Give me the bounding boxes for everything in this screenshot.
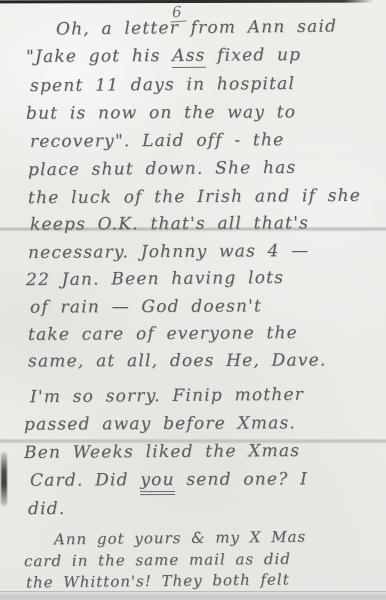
handwritten-line: Ben Weeks liked the Xmas <box>24 441 300 463</box>
handwritten-line: passed away before Xmas. <box>24 413 296 434</box>
handwritten-line: 22 Jan. Been having lots <box>26 268 284 290</box>
handwritten-line: take care of everyone the <box>28 323 298 345</box>
handwritten-line: I'm so sorry. Finip mother <box>30 385 304 407</box>
scan-edge-bottom <box>0 591 386 600</box>
double-underlined-word: you <box>140 470 175 495</box>
handwritten-line: spent 11 days in hospital <box>30 74 295 96</box>
handwritten-line: but is now on the way to <box>26 102 296 123</box>
handwritten-line: same, at all, does He, Dave. <box>28 350 327 371</box>
underlined-word: Ass <box>172 46 205 68</box>
scan-edge-top <box>0 0 374 3</box>
handwritten-line: card in the same mail as did <box>24 550 291 570</box>
letter-paper: 6 Oh, a letter from Ann said "Jake got h… <box>0 0 386 600</box>
handwritten-line: Ann got yours & my X Mas <box>54 528 306 549</box>
handwritten-line: recovery". Laid off - the <box>30 130 284 152</box>
handwritten-line: the luck of the Irish and if she <box>28 186 361 208</box>
handwritten-line: Oh, a letter from Ann said <box>56 17 337 40</box>
line-segment: fixed up <box>205 45 301 66</box>
line-segment: send one? I <box>175 469 308 490</box>
paper-smudge <box>1 452 7 506</box>
line-segment: "Jake got his <box>26 46 172 67</box>
handwritten-line: Card. Did you send one? I <box>30 469 308 490</box>
handwritten-line: "Jake got his Ass fixed up <box>26 45 301 67</box>
handwritten-line: place shut down. She has <box>28 158 297 180</box>
line-segment: Card. Did <box>30 470 140 491</box>
handwritten-line: of rain — God doesn't <box>30 296 262 317</box>
handwritten-line: did. <box>28 499 65 519</box>
handwritten-line: the Whitton's! They both felt <box>26 570 290 591</box>
handwritten-line: necessary. Johnny was 4 — <box>28 241 310 263</box>
handwritten-line: keeps O.K. that's all that's <box>30 213 309 234</box>
